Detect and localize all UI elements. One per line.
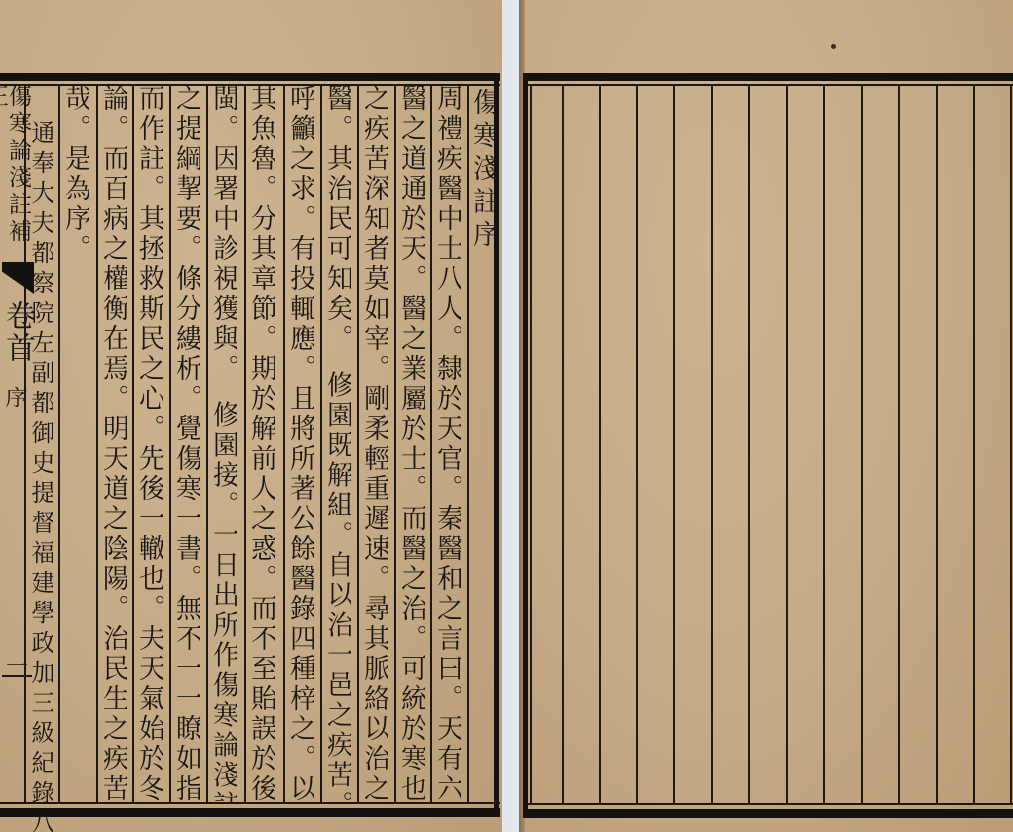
text-column-3: 之疾苦深知者莫如宰。剛柔輕重遲速。尋其脈絡以治之。而疾苦可去。元氣可復。 修園精…	[361, 84, 388, 804]
bottom-border	[0, 808, 500, 817]
column-rule	[1010, 84, 1012, 804]
column-rule	[673, 84, 675, 804]
signature-column: 通奉大夫都察院左副都御史提督福建學政加三級紀錄八次長壽韓鼎晉拜譔	[29, 120, 53, 832]
column-rule	[283, 84, 285, 804]
text-column-7: 閩。因署中診視獲與。 修園接。一日出所作傷寒論淺註。屬余弁語。余不知醫者也。然觀…	[210, 84, 237, 804]
text-column-6: 其魚魯。分其章節。期於解前人之惑。而不至貽誤於後。 修園之心。何其大而遠也。余視…	[248, 84, 275, 804]
column-rule	[636, 84, 638, 804]
bottom-inner-rule	[523, 803, 1013, 805]
column-rule	[357, 84, 359, 804]
column-rule	[786, 84, 788, 804]
text-column-2: 醫之道通於天。醫之業屬於士。而醫之治。可統於寒也。 修園以名孝廉。宰燕。素精於醫…	[398, 84, 425, 804]
column-rule	[748, 84, 750, 804]
column-rule	[132, 84, 134, 804]
column-rule	[206, 84, 208, 804]
column-rule	[244, 84, 246, 804]
column-rule	[96, 84, 98, 804]
preface-title: 傷寒淺註序	[470, 88, 497, 808]
spine-section: 序	[4, 386, 30, 408]
paper-spot	[831, 44, 836, 49]
column-rule	[861, 84, 863, 804]
top-border	[523, 73, 1013, 81]
left-outer-border	[523, 73, 528, 818]
column-rule	[973, 84, 975, 804]
spine-page-number: 一	[4, 650, 30, 681]
text-column-5: 呼籲之求。有投輒應。且將所著公餘醫錄四種梓之。以醒庸俗。復取漢張仲景傷寒論原文。…	[287, 84, 314, 804]
column-rule	[467, 84, 469, 804]
text-column-1: 周禮疾醫中士八人。隸於天官。秦醫和之言曰。天有六氣。淫生六疾。而陰淫寒疾。實居其…	[434, 84, 461, 804]
column-rule	[58, 84, 60, 804]
column-rule	[430, 84, 432, 804]
column-rule	[599, 84, 601, 804]
left-page: 傷寒論淺註補正 卷首 序 一 傷寒淺註序 周禮疾醫中士八人。隸於天官。秦醫和之言…	[0, 0, 502, 832]
column-rule	[169, 84, 171, 804]
top-inner-rule	[523, 84, 1013, 86]
column-rule	[394, 84, 396, 804]
left-inner-rule	[530, 84, 532, 804]
column-rule	[562, 84, 564, 804]
top-border	[0, 73, 500, 81]
column-rule	[936, 84, 938, 804]
text-column-4: 醫。其治民可知矣。 修園既解組。自以治一邑之疾苦。其治猶小。因於方脈諸書。悉心研…	[324, 84, 351, 804]
right-page	[519, 0, 1013, 832]
text-column-8: 之提綱挈要。條分縷析。覺傷寒一書。無不一一瞭如指掌。仲景為郡守而作論。 修園為邑…	[173, 84, 200, 804]
column-rule	[711, 84, 713, 804]
column-rule	[823, 84, 825, 804]
spine-book-title: 傷寒論淺註補正	[3, 84, 29, 264]
text-column-11: 哉。是為序。	[62, 84, 89, 804]
column-rule	[320, 84, 322, 804]
text-column-10: 論。而百病之權衡在焉。明天道之陰陽。治民生之疾苦。非讀書深識之士。烏足與言仲景之…	[100, 84, 127, 804]
spine-juan: 卷首	[2, 300, 32, 364]
text-column-9: 而作註。其拯救斯民之心。先後一轍也。夫天氣始於冬至。而一陽初動。寒於是乎始來。以…	[136, 84, 163, 804]
bottom-border	[523, 809, 1013, 818]
column-rule	[898, 84, 900, 804]
